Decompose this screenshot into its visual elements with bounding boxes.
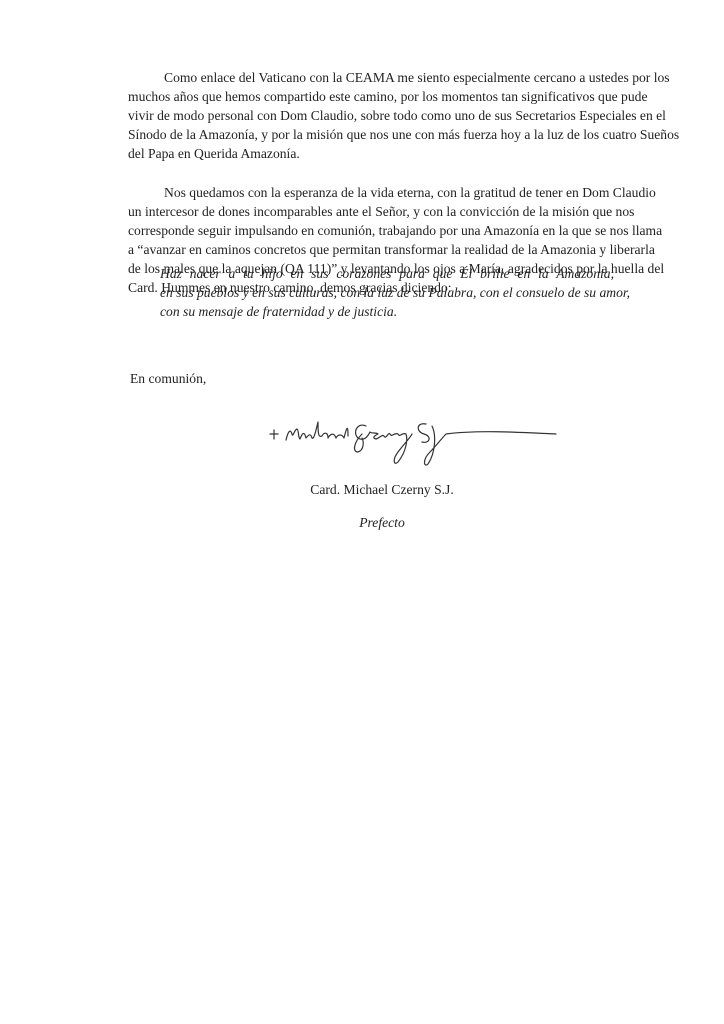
text-line: del Papa en Querida Amazonía. xyxy=(128,144,614,163)
text-line: Como enlace del Vaticano con la CEAMA me… xyxy=(128,68,614,87)
signer-name: Card. Michael Czerny S.J. xyxy=(0,482,724,498)
text-line: Haz nacer a tu hijo en sus corazones par… xyxy=(160,264,614,283)
text-line: a “avanzar en caminos concretos que perm… xyxy=(128,240,614,259)
text-line: vivir de modo personal con Dom Claudio, … xyxy=(128,106,614,125)
text-line: en sus pueblos y en sus culturas, con la… xyxy=(160,283,614,302)
text-line: con su mensaje de fraternidad y de justi… xyxy=(160,302,614,321)
text-line: Sínodo de la Amazonía, y por la misión q… xyxy=(128,125,614,144)
handwritten-signature xyxy=(266,412,566,468)
text-line: corresponde seguir impulsando en comunió… xyxy=(128,221,614,240)
document-page: Como enlace del Vaticano con la CEAMA me… xyxy=(0,0,724,1024)
text-line: muchos años que hemos compartido este ca… xyxy=(128,87,614,106)
text-line: Nos quedamos con la esperanza de la vida… xyxy=(128,183,614,202)
closing-salutation: En comunión, xyxy=(130,371,206,387)
signer-title: Prefecto xyxy=(0,515,724,531)
text-line: un intercesor de dones incomparables ant… xyxy=(128,202,614,221)
prayer-quote: Haz nacer a tu hijo en sus corazones par… xyxy=(160,264,614,321)
paragraph-ceama: Como enlace del Vaticano con la CEAMA me… xyxy=(128,68,614,163)
